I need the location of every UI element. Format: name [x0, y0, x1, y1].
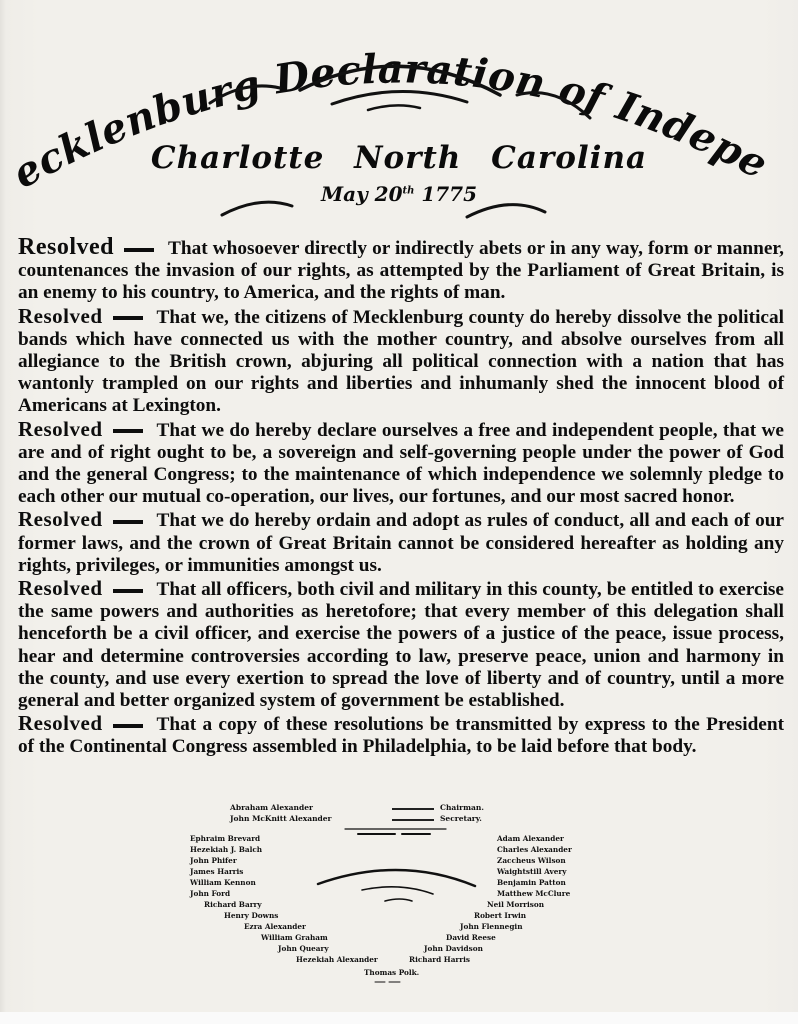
- divider: [392, 808, 434, 810]
- officer-chairman: Abraham Alexander Chairman.: [180, 803, 600, 814]
- signer-name: Hezekiah Alexander: [296, 955, 378, 964]
- officer-name: John McKnitt Alexander: [230, 814, 332, 823]
- resolution-6: ResolvedThat a copy of these resolutions…: [18, 712, 784, 758]
- em-dash: [113, 520, 143, 524]
- signer-name: David Reese: [446, 933, 496, 942]
- signer-name: James Harris: [190, 867, 243, 876]
- signer-name: Zaccheus Wilson: [497, 856, 566, 865]
- signer-name: Waightstill Avery: [497, 867, 567, 876]
- officers-block: Abraham Alexander Chairman. John McKnitt…: [180, 803, 600, 825]
- date-heading: May 20th 1775: [0, 182, 798, 206]
- signer-name: John Davidson: [424, 944, 483, 953]
- resolution-label: Resolved: [18, 234, 114, 260]
- resolution-label: Resolved: [18, 304, 103, 328]
- resolution-label: Resolved: [18, 711, 103, 735]
- resolution-label: Resolved: [18, 507, 103, 531]
- date-month-day: May 20: [321, 182, 403, 206]
- resolution-5: ResolvedThat all officers, both civil an…: [18, 577, 784, 712]
- signer-name: Ezra Alexander: [244, 922, 306, 931]
- signer-name: Matthew McClure: [497, 889, 570, 898]
- signer-name: Benjamin Patton: [497, 878, 566, 887]
- em-dash: [124, 248, 154, 252]
- signer-name: John Ford: [190, 889, 230, 898]
- date-year: 1775: [421, 182, 477, 206]
- resolution-4: ResolvedThat we do hereby ordain and ado…: [18, 508, 784, 577]
- document-page: The Mecklenburg Declaration of Independe…: [0, 0, 798, 1024]
- signer-name: William Graham: [261, 933, 328, 942]
- signer-name: Hezekiah J. Balch: [190, 845, 262, 854]
- resolution-text: That all officers, both civil and milita…: [18, 579, 784, 711]
- signer-name: Neil Morrison: [487, 900, 544, 909]
- signer-name: John Queary: [278, 944, 329, 953]
- resolution-text: That a copy of these resolutions be tran…: [18, 714, 784, 757]
- signer-name: Robert Irwin: [474, 911, 526, 920]
- resolution-1: ResolvedThat whosoever directly or indir…: [18, 236, 784, 305]
- signer-name: Richard Harris: [409, 955, 470, 964]
- resolution-label: Resolved: [18, 576, 103, 600]
- em-dash: [113, 724, 143, 728]
- officer-role: Secretary.: [440, 814, 482, 823]
- em-dash: [113, 429, 143, 433]
- signer-name: John Flennegin: [460, 922, 523, 931]
- place-heading: Charlotte North Carolina: [0, 140, 798, 176]
- signer-name: Adam Alexander: [497, 834, 564, 843]
- officer-role: Chairman.: [440, 803, 484, 812]
- scan-edge: [0, 1012, 798, 1024]
- signer-name: Richard Barry: [204, 900, 262, 909]
- resolution-text: That we, the citizens of Mecklenburg cou…: [18, 307, 784, 417]
- officer-name: Abraham Alexander: [230, 803, 313, 812]
- resolutions-body: ResolvedThat whosoever directly or indir…: [18, 236, 784, 759]
- signer-name: Henry Downs: [224, 911, 278, 920]
- signer-name: Ephraim Brevard: [190, 834, 260, 843]
- signer-name: John Phifer: [190, 856, 237, 865]
- resolution-2: ResolvedThat we, the citizens of Mecklen…: [18, 305, 784, 418]
- officer-secretary: John McKnitt Alexander Secretary.: [180, 814, 600, 825]
- em-dash: [113, 316, 143, 320]
- date-suffix: th: [402, 185, 414, 196]
- signer-name: William Kennon: [190, 878, 256, 887]
- resolution-3: ResolvedThat we do hereby declare oursel…: [18, 418, 784, 509]
- signer-name: Charles Alexander: [497, 845, 572, 854]
- signer-name-final: Thomas Polk.: [364, 968, 419, 977]
- divider: [392, 819, 434, 821]
- em-dash: [113, 589, 143, 593]
- resolution-label: Resolved: [18, 417, 103, 441]
